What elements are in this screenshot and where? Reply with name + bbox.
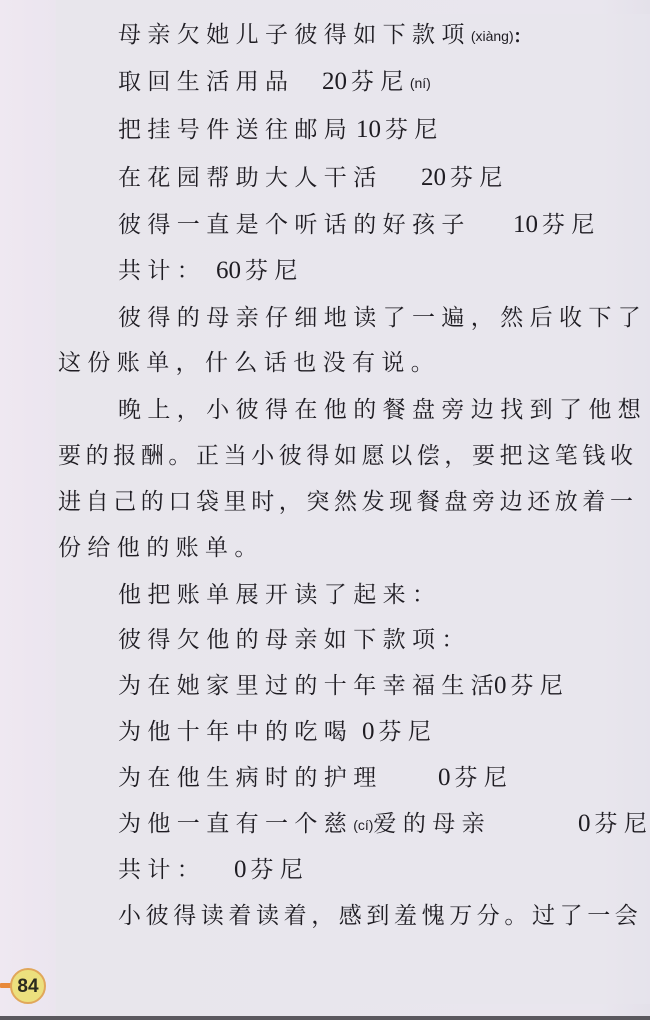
paragraph-line: 要的报酬。正当小彼得如愿以偿，要把这笔钱收 [58,441,638,471]
total-label: 共计： [118,857,206,883]
page-number: 84 [10,968,46,1004]
bill-item: 为在她家里过的十年幸福生活 0芬尼 [118,671,500,701]
paragraph-line: 份给他的账单。 [58,533,264,563]
item-label: 为他十年中的吃喝 [118,719,353,745]
item-label: 彼得一直是个听话的好孩子 [118,212,471,238]
bill-item: 在花园帮助大人干活 20芬尼 [118,163,383,193]
paragraph-line: 他把账单展开读了起来： [118,580,441,610]
pinyin-annotation: (ní) [410,75,431,91]
bill-total: 共计： 0芬尼 [118,855,206,885]
bill-total: 共计： 60芬尼 [118,256,206,286]
bill-item: 彼得一直是个听话的好孩子 10芬尼 [118,210,471,240]
paragraph-line: 进自己的口袋里时，突然发现餐盘旁边还放着一 [58,487,638,517]
paragraph-line: 晚上，小彼得在他的餐盘旁边找到了他想 [118,395,647,425]
paragraph-line: 小彼得读着读着，感到羞愧万分。过了一会 [118,901,642,931]
line-text: 母亲欠她儿子彼得如下款项 [118,22,471,48]
item-amount: 20芬尼 [421,163,509,193]
bill-item: 把挂号件送往邮局 10芬尼 [118,115,353,145]
item-label: 为他一直有一个慈 [118,811,353,837]
item-amount: 0芬尼 [494,671,569,701]
item-amount: 10芬尼 [356,115,444,145]
item-amount: 0芬尼 [438,763,513,793]
bill-item: 为他一直有一个慈(cí)爱的母亲 0芬尼 [118,809,491,839]
item-label: 取回生活用品 [118,69,294,95]
scan-edge [0,1016,650,1020]
item-amount: 20芬尼(ní) [322,67,431,98]
pinyin-annotation: (xiàng) [471,28,514,44]
pinyin-annotation: (cí) [353,817,373,833]
bill-item: 取回生活用品 20芬尼(ní) [118,67,294,97]
colon: : [514,22,528,48]
item-label: 把挂号件送往邮局 [118,117,353,143]
total-amount: 60芬尼 [216,256,304,286]
item-amount: 0芬尼 [362,717,437,747]
bill-item: 为他十年中的吃喝 0芬尼 [118,717,353,747]
item-label-cont: 爱的母亲 [373,811,491,837]
bill-heading-mother: 母亲欠她儿子彼得如下款项(xiàng): [118,20,528,50]
bill-item: 为在他生病时的护理 0芬尼 [118,763,383,793]
paragraph-line: 彼得的母亲仔细地读了一遍，然后收下了 [118,303,647,333]
item-amount: 10芬尼 [513,210,601,240]
item-amount: 0芬尼 [578,809,650,839]
total-label: 共计： [118,258,206,284]
total-amount: 0芬尼 [234,855,309,885]
item-label: 为在她家里过的十年幸福生活 [118,673,500,699]
bill-heading-son: 彼得欠他的母亲如下款项： [118,625,471,655]
paragraph-line: 这份账单，什么话也没有说。 [58,348,440,378]
item-label: 为在他生病时的护理 [118,765,383,791]
item-label: 在花园帮助大人干活 [118,165,383,191]
